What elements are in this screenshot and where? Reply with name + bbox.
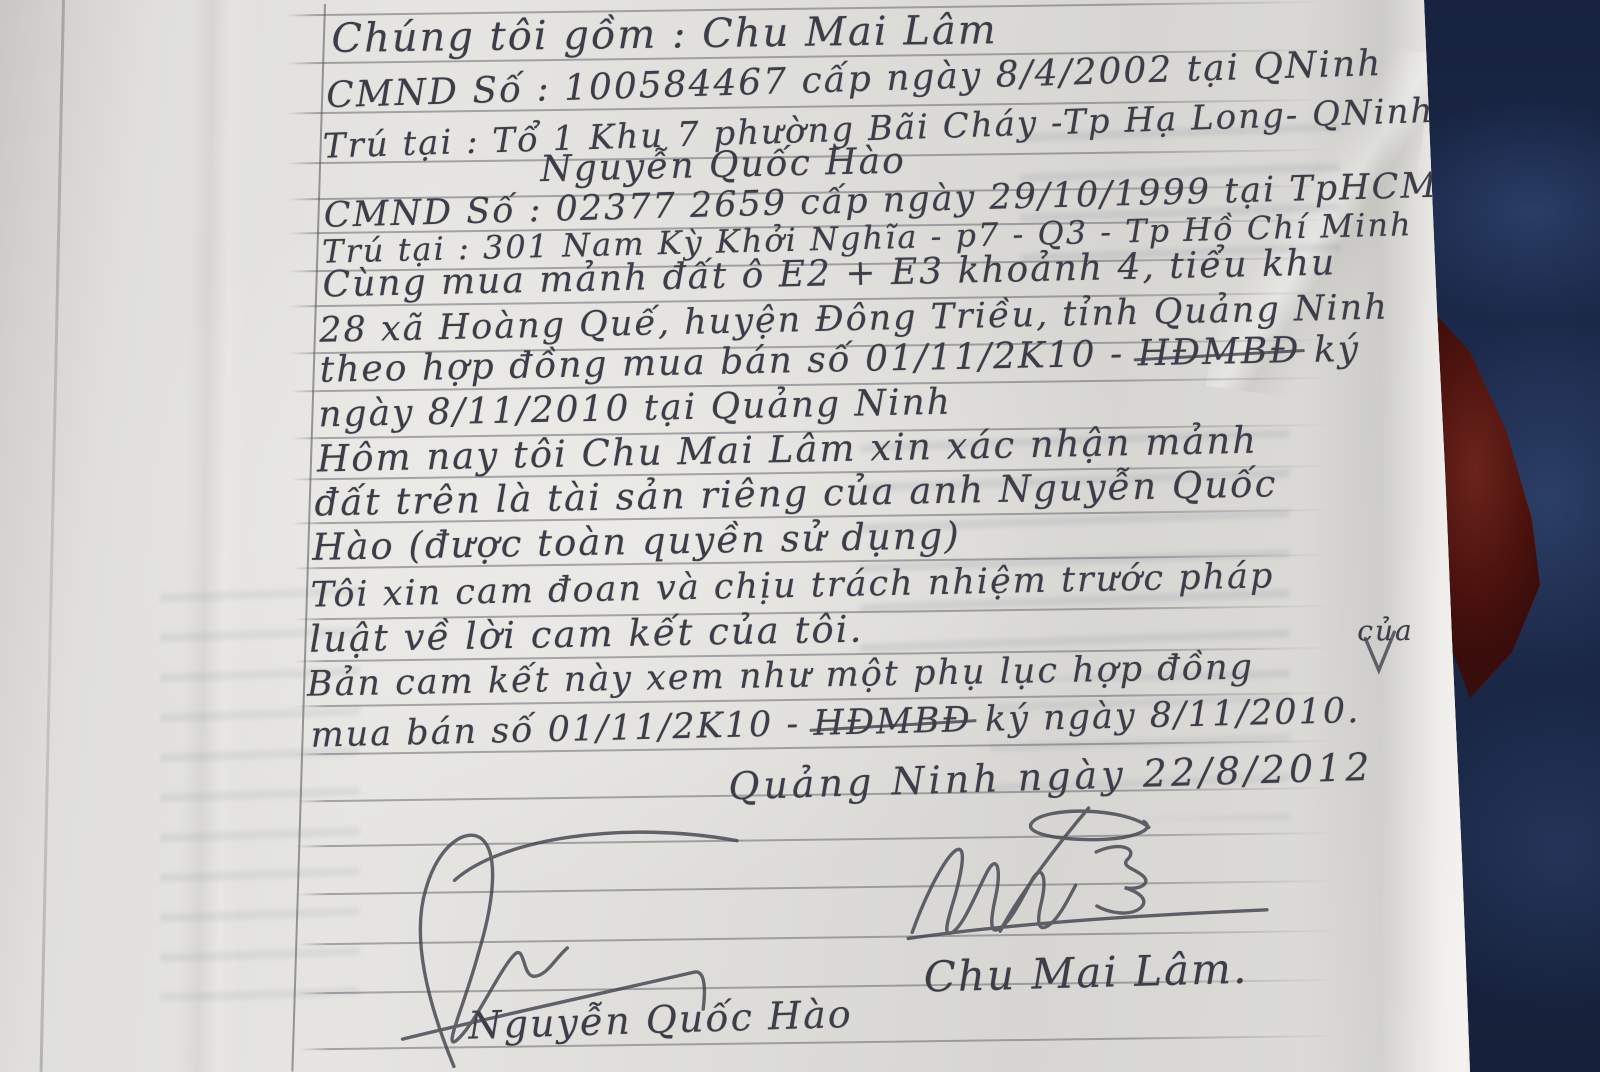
- signature-right-flourish: [999, 808, 1091, 931]
- signature-left-flourish: [454, 831, 738, 881]
- ruled-line: [297, 880, 1337, 896]
- signature-left-name: Nguyễn Quốc Hào: [468, 992, 854, 1048]
- ruled-lines: [0, 0, 1593, 4]
- line-17-post: ký ngày 8/11/2010.: [971, 691, 1360, 740]
- signature-right-flourish: [911, 848, 1076, 934]
- page-content: Chúng tôi gồm : Chu Mai Lâm CMND Số : 10…: [0, 0, 1600, 1072]
- date-line: Quảng Ninh ngày 22/8/2012: [728, 745, 1374, 809]
- signature-right-name: Chu Mai Lâm.: [923, 944, 1249, 1002]
- strikethrough-text: HĐMBĐ: [813, 700, 972, 744]
- inserted-word: của: [1357, 614, 1414, 648]
- document-page: Chúng tôi gồm : Chu Mai Lâm CMND Số : 10…: [0, 0, 1600, 1072]
- ruled-line: [299, 1035, 1339, 1051]
- line-9-post: ký: [1300, 329, 1360, 371]
- signature-right-flourish: [1096, 846, 1146, 913]
- photo-of-document: Chúng tôi gồm : Chu Mai Lâm CMND Số : 10…: [0, 0, 1600, 1072]
- document-line-1: Chúng tôi gồm : Chu Mai Lâm: [331, 7, 998, 62]
- ruled-line: [297, 930, 1337, 946]
- strikethrough-text: HĐMBĐ: [1137, 330, 1301, 374]
- ruled-line: [296, 832, 1336, 848]
- document-line-15: luật về lời cam kết của tôi.: [309, 608, 864, 661]
